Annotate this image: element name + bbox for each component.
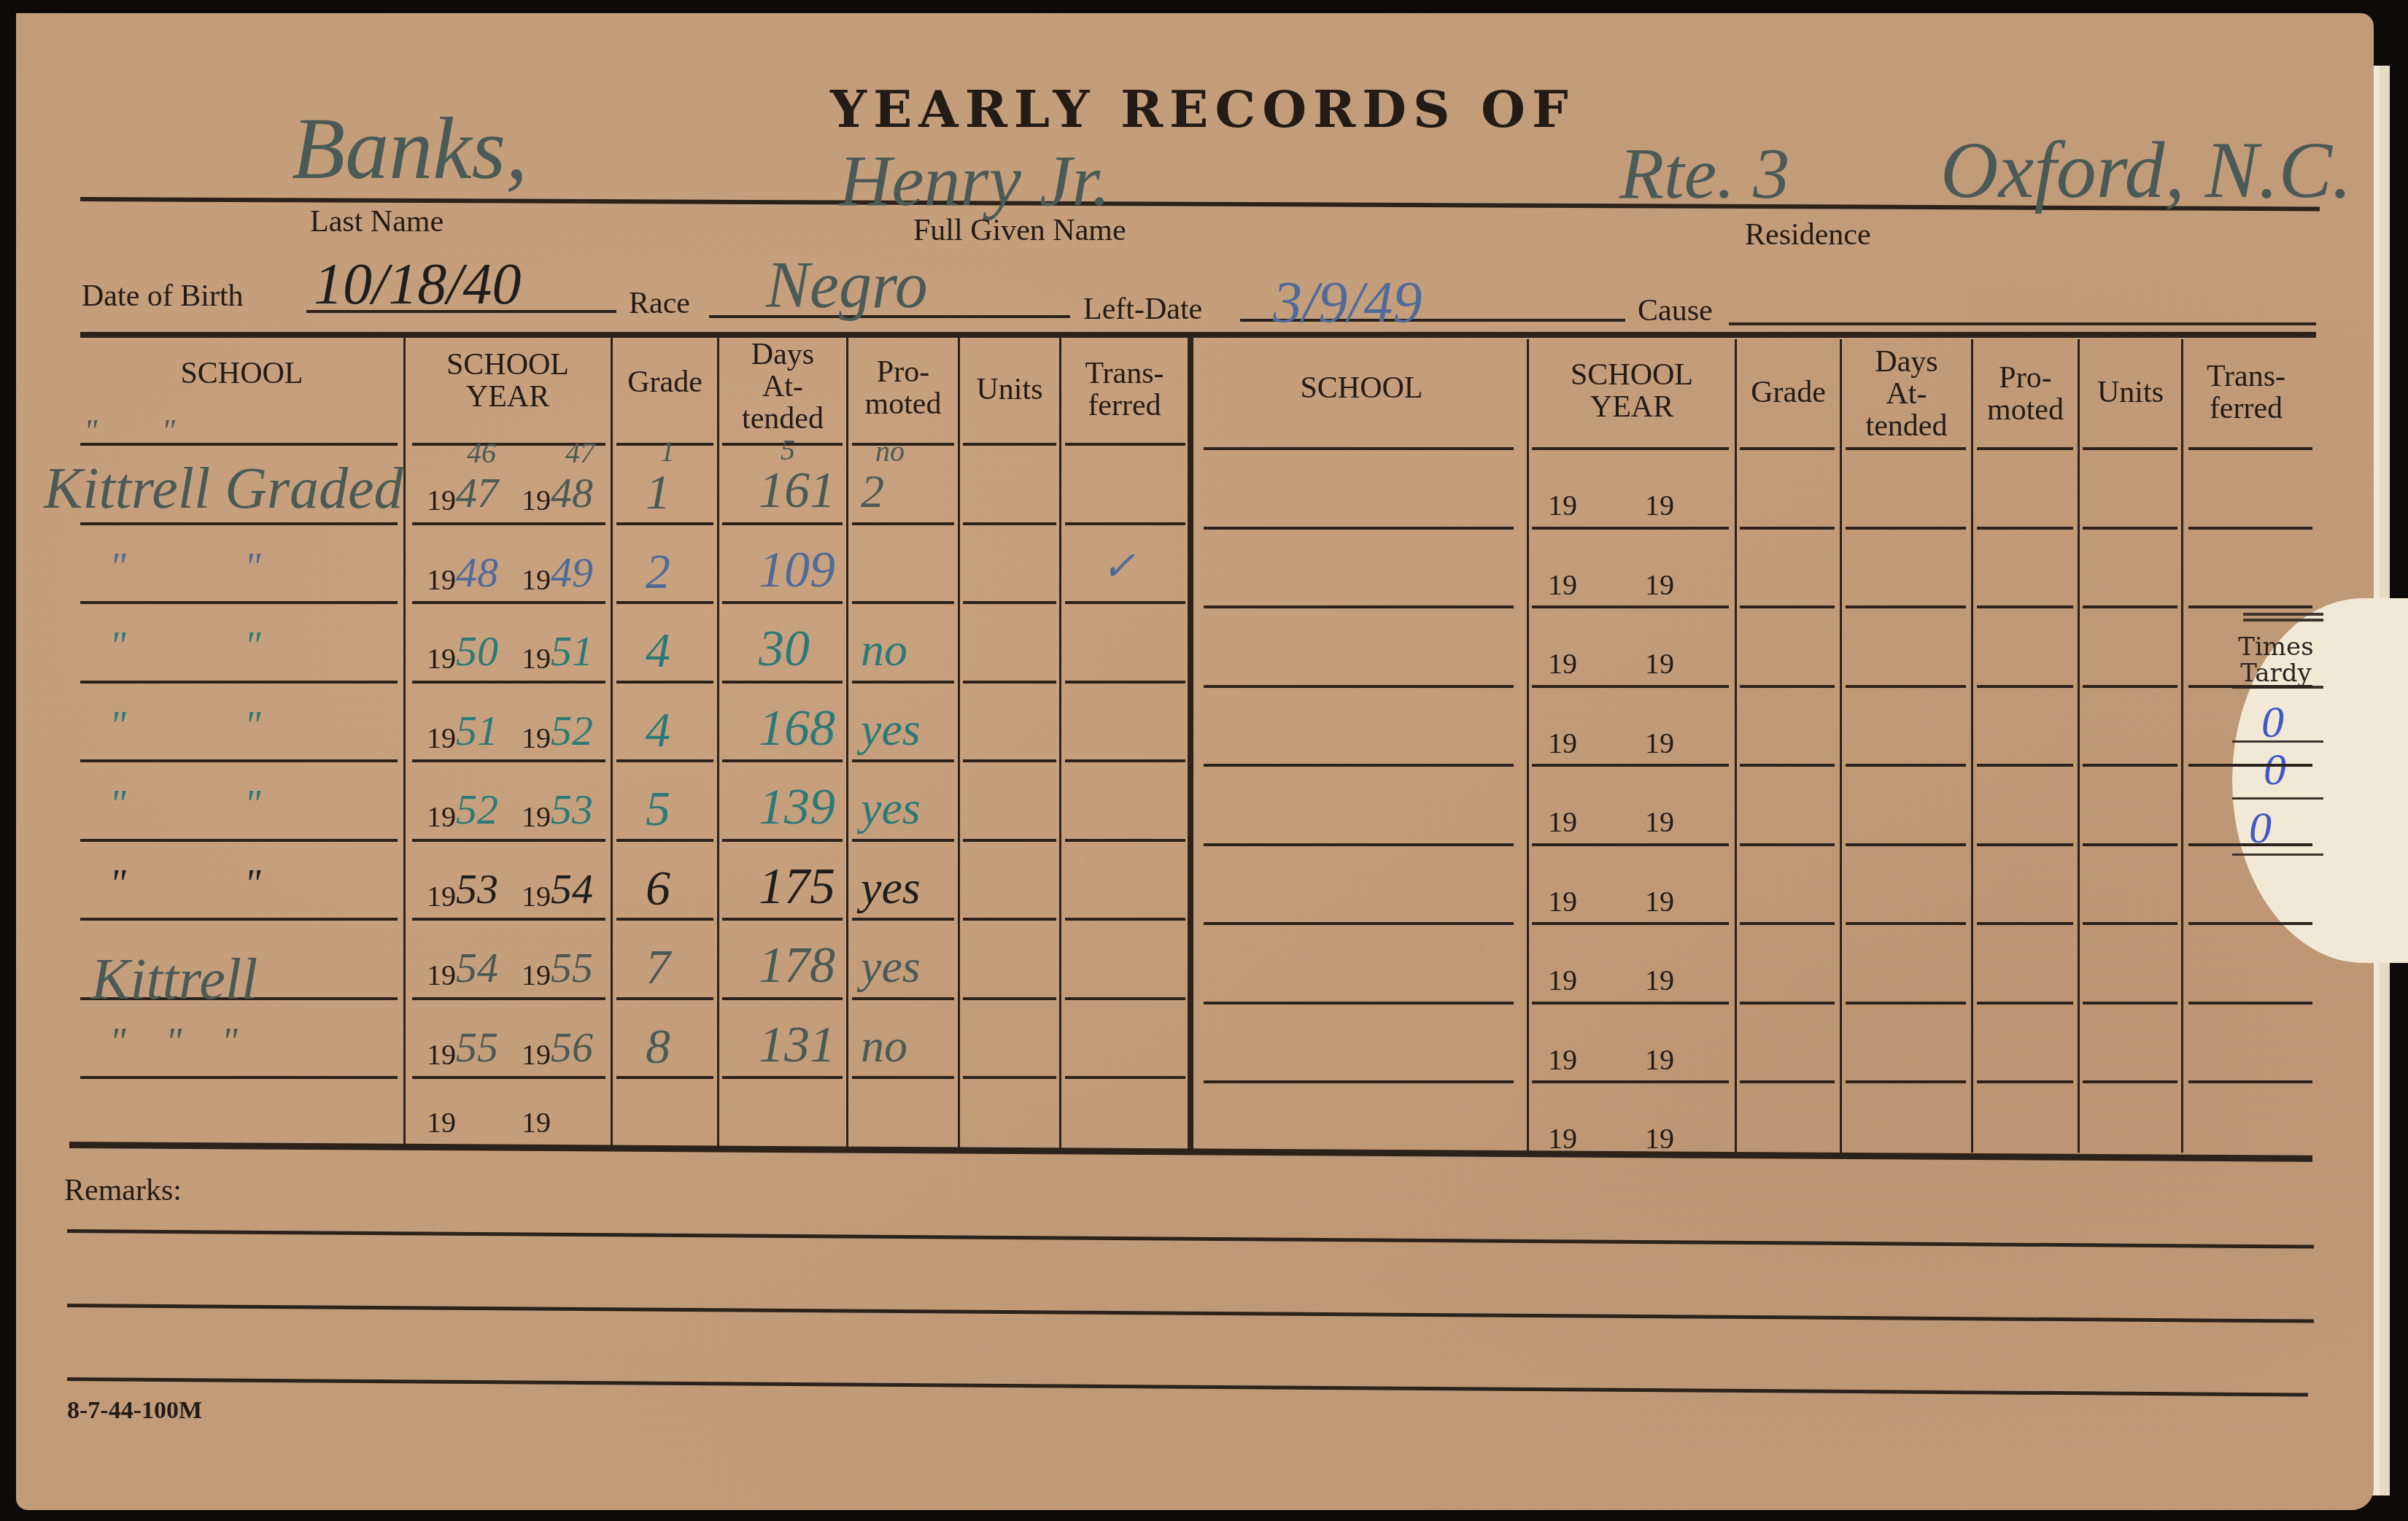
row-rule	[80, 839, 398, 842]
row-days: 161	[759, 462, 835, 520]
row-rule	[1065, 918, 1185, 921]
residence-town-value: Oxford, N.C.	[1940, 124, 2352, 217]
row-rule	[2083, 685, 2177, 688]
row-rule	[722, 997, 843, 1000]
year-prefix-2: 19	[522, 1105, 551, 1139]
right-year-prefix-1: 19	[1548, 884, 1577, 918]
row-school: " "	[109, 781, 260, 827]
row-school: Kittrell	[91, 947, 258, 1013]
year-end: 56	[551, 1023, 593, 1072]
row-rule	[963, 681, 1056, 684]
row-rule	[1532, 1080, 1729, 1083]
right-year-prefix-1: 19	[1548, 1042, 1577, 1077]
row-promoted: no	[861, 623, 907, 677]
row-rule	[1204, 843, 1514, 846]
remarks-label: Remarks:	[64, 1173, 182, 1208]
row-rule	[722, 522, 843, 525]
row-rule	[2188, 527, 2312, 530]
right-year-prefix-2: 19	[1645, 963, 1674, 997]
header-grade: Grade	[613, 366, 717, 398]
col-divider	[2078, 339, 2080, 1153]
row-promoted: no	[861, 1019, 907, 1073]
row-days: 139	[759, 778, 835, 837]
col-divider	[1840, 339, 1842, 1153]
row-days: 168	[759, 700, 835, 758]
header-days-right-3: tended	[1842, 410, 1971, 442]
row-rule	[1846, 843, 1966, 846]
row-grade: 5	[646, 780, 670, 837]
tardy-value: 0	[2249, 802, 2272, 854]
col-divider	[958, 336, 960, 1149]
row-rule	[412, 918, 605, 921]
row-days: 109	[759, 541, 835, 600]
row-rule	[1977, 1080, 2073, 1083]
row-rule	[963, 1076, 1056, 1079]
header-promoted-right-2: moted	[1973, 394, 2078, 426]
col-divider	[611, 336, 613, 1149]
row-grade: 1	[646, 463, 670, 521]
row-rule	[1065, 522, 1185, 525]
row-promoted: yes	[861, 781, 921, 835]
header-grade-right: Grade	[1737, 376, 1840, 409]
row-rule	[722, 681, 843, 684]
row-rule	[1204, 764, 1514, 767]
right-year-prefix-2: 19	[1645, 726, 1674, 760]
row-promoted-above: no	[875, 434, 905, 468]
header-days-right-1: Days	[1842, 346, 1971, 378]
row-rule	[852, 1076, 954, 1079]
row-rule	[1532, 685, 1729, 688]
row-rule	[722, 839, 843, 842]
year-prefix-1: 19	[427, 1037, 456, 1072]
row-rule	[852, 601, 954, 604]
right-year-prefix-2: 19	[1645, 1042, 1674, 1077]
right-year-prefix-1: 19	[1548, 963, 1577, 997]
header-school-year-2: YEAR	[406, 381, 610, 413]
right-year-prefix-2: 19	[1645, 805, 1674, 839]
header-promoted-2: moted	[848, 388, 958, 420]
table-top-rule	[80, 332, 2316, 338]
year-end: 55	[551, 943, 593, 992]
row-rule	[1740, 447, 1835, 450]
row-rule	[1065, 1076, 1185, 1079]
row-school: " "	[109, 861, 260, 906]
row-school: " " "	[109, 1019, 238, 1064]
year-start: 54	[456, 943, 498, 992]
row-days: 175	[759, 858, 835, 916]
row-school: Kittrell Graded	[44, 456, 403, 522]
year-prefix-1: 19	[427, 641, 456, 676]
row-rule	[80, 681, 398, 684]
row-rule	[2083, 764, 2177, 767]
insert-header-times: Times	[2232, 633, 2320, 661]
year-start: 47	[456, 468, 498, 517]
row-grade: 2	[646, 543, 670, 600]
year-end-above: 47	[565, 436, 595, 470]
row-rule	[1532, 1002, 1729, 1005]
row-rule	[80, 918, 398, 921]
row-rule	[1204, 605, 1514, 608]
row-rule	[2188, 843, 2312, 846]
row-rule	[963, 601, 1056, 604]
insert-rule	[2232, 854, 2323, 856]
col-divider	[403, 336, 406, 1149]
row-rule	[1846, 922, 1966, 925]
row-rule	[1204, 527, 1514, 530]
row-rule	[2188, 922, 2312, 925]
col-divider	[1971, 339, 1973, 1153]
row-days: 131	[759, 1016, 835, 1075]
row-rule	[1846, 527, 1966, 530]
year-end: 53	[551, 785, 593, 834]
right-year-prefix-2: 19	[1645, 1121, 1674, 1156]
row-grade: 6	[646, 859, 670, 917]
row-school-above: " "	[84, 412, 175, 449]
year-prefix-1: 19	[427, 800, 456, 834]
row-rule	[963, 997, 1056, 1000]
row-rule	[852, 997, 954, 1000]
row-rule	[1204, 1002, 1514, 1005]
row-grade: 4	[646, 622, 670, 679]
col-divider	[2181, 339, 2183, 1153]
row-rule	[2083, 1002, 2177, 1005]
row-rule	[1204, 922, 1514, 925]
row-rule	[722, 1076, 843, 1079]
cause-label: Cause	[1638, 293, 1713, 328]
row-school: " "	[109, 544, 260, 589]
row-rule	[963, 522, 1056, 525]
row-rule	[1977, 922, 2073, 925]
year-start: 53	[456, 864, 498, 913]
row-days: 30	[759, 620, 810, 678]
row-rule	[722, 759, 843, 762]
header-school-year-right-2: YEAR	[1529, 391, 1735, 423]
left-date-value: 3/9/49	[1273, 270, 1422, 336]
row-rule	[2083, 843, 2177, 846]
header-school-year-1: SCHOOL	[406, 349, 610, 381]
last-name-label: Last Name	[310, 204, 444, 239]
row-rule	[722, 601, 843, 604]
row-rule	[80, 601, 398, 604]
header-school-year-right-1: SCHOOL	[1529, 359, 1735, 391]
year-start: 51	[456, 706, 498, 755]
year-end: 49	[551, 548, 593, 597]
insert-rule	[2232, 740, 2323, 743]
row-rule	[1065, 443, 1185, 446]
row-rule	[1740, 922, 1835, 925]
last-name-value: Banks,	[292, 98, 527, 199]
year-end: 48	[551, 468, 593, 517]
row-rule	[412, 522, 605, 525]
right-year-prefix-2: 19	[1645, 568, 1674, 602]
year-start-above: 46	[467, 436, 496, 470]
given-name-label: Full Given Name	[913, 213, 1126, 248]
row-rule	[616, 681, 713, 684]
row-grade: 7	[646, 938, 670, 996]
row-rule	[1532, 843, 1729, 846]
year-start: 48	[456, 548, 498, 597]
row-rule	[1740, 527, 1835, 530]
row-rule	[2083, 605, 2177, 608]
header-days-right-2: At-	[1842, 378, 1971, 410]
form-title: YEARLY RECORDS OF	[830, 79, 1575, 139]
header-school: SCHOOL	[80, 357, 403, 390]
right-year-prefix-2: 19	[1645, 488, 1674, 522]
row-rule	[1846, 605, 1966, 608]
row-rule	[616, 601, 713, 604]
year-prefix-1: 19	[427, 958, 456, 992]
row-rule	[412, 759, 605, 762]
col-divider	[846, 336, 848, 1149]
row-rule	[1977, 605, 2073, 608]
right-year-prefix-1: 19	[1548, 568, 1577, 602]
row-transferred: ✓	[1102, 543, 1136, 590]
row-rule	[1532, 922, 1729, 925]
cause-line	[1729, 322, 2316, 325]
row-rule	[2188, 685, 2312, 688]
row-rule	[616, 759, 713, 762]
row-rule	[1977, 1002, 2073, 1005]
row-rule	[852, 918, 954, 921]
right-year-prefix-1: 19	[1548, 805, 1577, 839]
left-date-label: Left-Date	[1083, 292, 1202, 327]
year-prefix-1: 19	[427, 483, 456, 517]
row-rule	[1977, 527, 2073, 530]
row-rule	[1204, 685, 1514, 688]
row-rule	[1846, 447, 1966, 450]
row-rule	[412, 997, 605, 1000]
row-days-above: 5	[781, 433, 795, 467]
row-promoted: yes	[861, 861, 921, 915]
row-rule	[2083, 527, 2177, 530]
row-rule	[412, 681, 605, 684]
row-rule	[1532, 447, 1729, 450]
row-rule	[1846, 1080, 1966, 1083]
header-transferred-right-2: ferred	[2183, 392, 2309, 425]
header-transferred-2: ferred	[1061, 390, 1188, 422]
form-number: 8-7-44-100M	[67, 1397, 202, 1425]
year-prefix-2: 19	[522, 562, 551, 597]
header-transferred-right-1: Trans-	[2183, 360, 2309, 392]
header-promoted-1: Pro-	[848, 356, 958, 388]
row-rule	[616, 997, 713, 1000]
row-rule	[616, 918, 713, 921]
header-transferred-1: Trans-	[1061, 357, 1188, 390]
race-label: Race	[629, 286, 690, 321]
row-rule	[2188, 605, 2312, 608]
row-rule	[963, 759, 1056, 762]
year-prefix-2: 19	[522, 1037, 551, 1072]
row-rule	[2083, 447, 2177, 450]
row-rule	[722, 918, 843, 921]
row-rule	[2188, 764, 2312, 767]
year-start: 52	[456, 785, 498, 834]
insert-rule	[2243, 619, 2323, 622]
header-promoted-right-1: Pro-	[1973, 362, 2078, 394]
row-days: 178	[759, 937, 835, 995]
row-promoted: 2	[861, 465, 884, 519]
row-rule	[1532, 764, 1729, 767]
row-rule	[2188, 447, 2312, 450]
right-year-prefix-2: 19	[1645, 646, 1674, 681]
col-divider	[1059, 336, 1061, 1149]
row-rule	[1065, 997, 1185, 1000]
year-prefix-2: 19	[522, 800, 551, 834]
header-units-right: Units	[2080, 376, 2181, 409]
row-rule	[1740, 764, 1835, 767]
row-rule	[80, 522, 398, 525]
insert-rule	[2243, 613, 2323, 616]
row-rule	[1065, 839, 1185, 842]
dob-value: 10/18/40	[314, 252, 521, 318]
row-rule	[852, 839, 954, 842]
dob-label: Date of Birth	[82, 279, 244, 314]
row-rule	[1740, 685, 1835, 688]
row-school: " "	[109, 703, 260, 748]
row-grade: 4	[646, 701, 670, 759]
row-promoted: yes	[861, 703, 921, 756]
right-year-prefix-1: 19	[1548, 646, 1577, 681]
year-start: 50	[456, 627, 498, 676]
year-prefix-1: 19	[427, 879, 456, 913]
row-rule	[616, 839, 713, 842]
row-rule	[1204, 447, 1514, 450]
row-rule	[80, 759, 398, 762]
year-prefix-2: 19	[522, 483, 551, 517]
row-rule	[1977, 843, 2073, 846]
row-rule	[963, 839, 1056, 842]
right-year-prefix-1: 19	[1548, 488, 1577, 522]
row-rule	[852, 522, 954, 525]
insert-header-tardy: Tardy	[2232, 659, 2320, 687]
header-days-3: tended	[719, 403, 846, 435]
row-rule	[1532, 605, 1729, 608]
tardy-value: 0	[2264, 744, 2286, 796]
row-rule	[2188, 1080, 2312, 1083]
row-rule	[963, 918, 1056, 921]
row-rule	[1740, 1002, 1835, 1005]
center-divider	[1188, 336, 1193, 1153]
row-school: " "	[109, 623, 260, 668]
row-rule	[1977, 685, 2073, 688]
given-name-value: Henry Jr.	[839, 139, 1110, 222]
row-rule	[2083, 1080, 2177, 1083]
row-rule	[963, 443, 1056, 446]
row-rule	[1204, 1080, 1514, 1083]
row-rule	[1532, 527, 1729, 530]
row-rule	[412, 601, 605, 604]
year-end: 54	[551, 864, 593, 913]
row-rule	[616, 1076, 713, 1079]
row-rule	[1065, 681, 1185, 684]
residence-label: Residence	[1745, 217, 1871, 252]
row-rule	[616, 522, 713, 525]
row-rule	[80, 1076, 398, 1079]
header-school-right: SCHOOL	[1196, 372, 1527, 404]
header-units: Units	[960, 374, 1059, 406]
row-rule	[412, 839, 605, 842]
row-rule	[1740, 1080, 1835, 1083]
year-start: 55	[456, 1023, 498, 1072]
insert-rule	[2232, 797, 2323, 800]
right-year-prefix-2: 19	[1645, 884, 1674, 918]
residence-route-value: Rte. 3	[1619, 131, 1789, 215]
year-prefix-1: 19	[427, 562, 456, 597]
row-rule	[1065, 601, 1185, 604]
year-prefix-2: 19	[522, 879, 551, 913]
header-days-2: At-	[719, 371, 846, 403]
right-year-prefix-1: 19	[1548, 726, 1577, 760]
year-prefix-1: 19	[427, 1105, 456, 1139]
col-divider	[1527, 339, 1529, 1153]
row-rule	[1846, 764, 1966, 767]
row-grade-above: 1	[660, 434, 675, 468]
row-rule	[1846, 685, 1966, 688]
row-rule	[852, 759, 954, 762]
row-grade: 8	[646, 1018, 670, 1075]
col-divider	[1735, 339, 1737, 1153]
row-rule	[852, 681, 954, 684]
row-rule	[412, 1076, 605, 1079]
row-promoted: yes	[861, 940, 921, 994]
race-value: Negro	[766, 248, 928, 323]
row-rule	[1977, 764, 2073, 767]
year-prefix-2: 19	[522, 641, 551, 676]
row-rule	[1977, 447, 2073, 450]
year-prefix-2: 19	[522, 721, 551, 755]
header-days-1: Days	[719, 338, 846, 371]
year-end: 51	[551, 627, 593, 676]
row-rule	[1065, 759, 1185, 762]
row-rule	[2083, 922, 2177, 925]
year-prefix-2: 19	[522, 958, 551, 992]
year-end: 52	[551, 706, 593, 755]
row-rule	[2188, 1002, 2312, 1005]
row-rule	[1846, 1002, 1966, 1005]
row-rule	[1740, 605, 1835, 608]
year-prefix-1: 19	[427, 721, 456, 755]
col-divider	[717, 336, 719, 1149]
row-rule	[1740, 843, 1835, 846]
